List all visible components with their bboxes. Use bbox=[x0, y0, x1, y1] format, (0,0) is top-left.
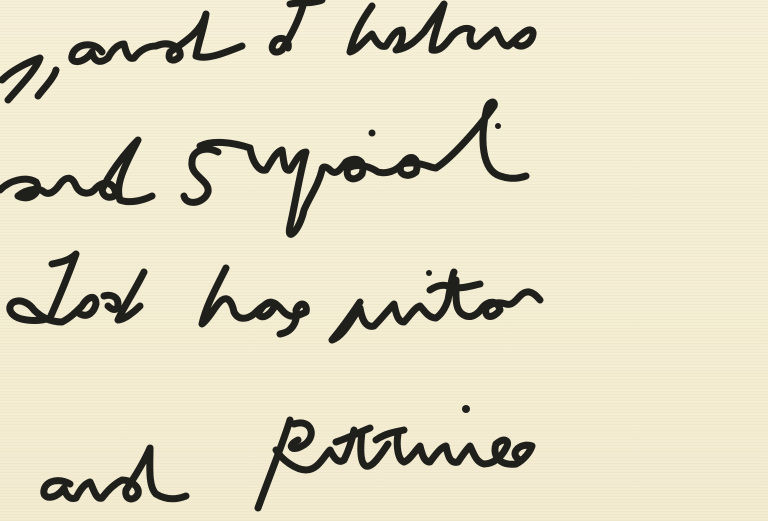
handwritten-line-4 bbox=[44, 405, 532, 508]
handwriting-strokes bbox=[0, 0, 768, 521]
handwritten-line-1 bbox=[2, 0, 533, 129]
handwritten-page: y, and I listene and Surgical Lab has wr… bbox=[0, 0, 768, 521]
handwritten-line-3 bbox=[10, 254, 540, 340]
handwritten-line-2 bbox=[0, 102, 526, 234]
